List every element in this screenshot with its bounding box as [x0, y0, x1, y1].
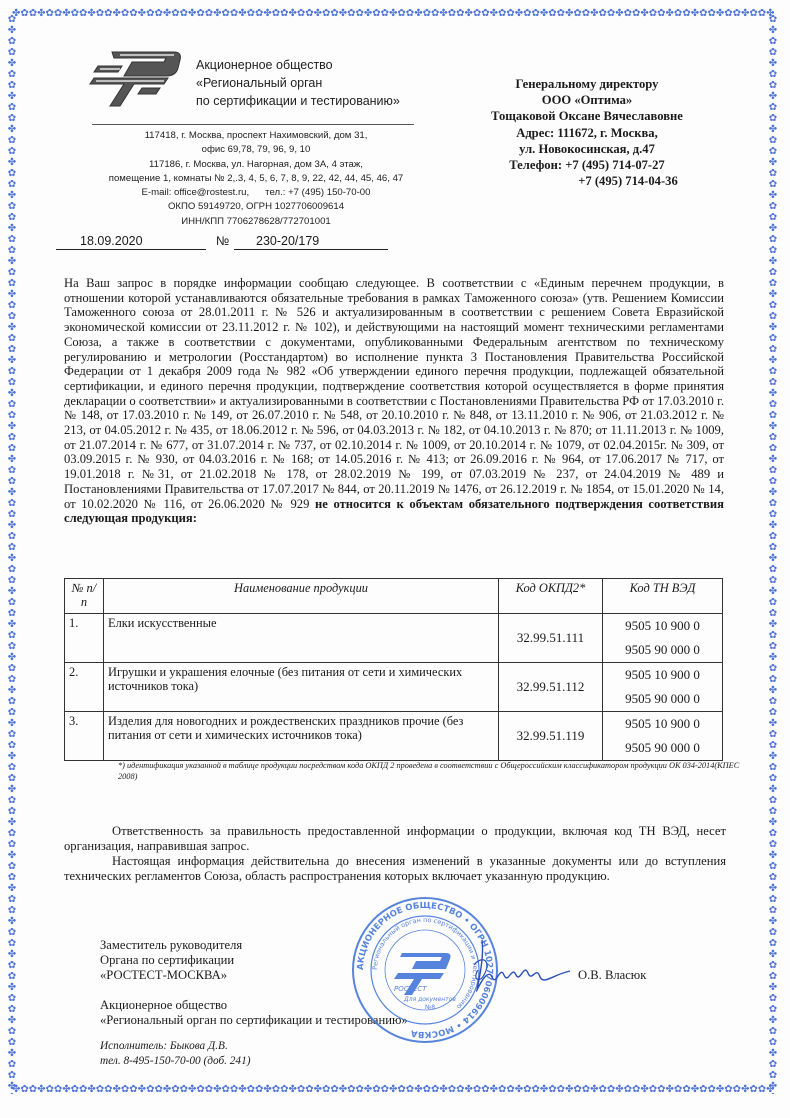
position-line: Органа по сертификации	[100, 953, 242, 968]
number-sign: №	[216, 233, 229, 249]
cell-okpd: 32.99.51.112	[499, 663, 603, 712]
tnved-code: 9505 10 900 0	[603, 663, 722, 687]
recipient-block: Генеральному директору ООО «Оптима» Тоща…	[454, 76, 720, 189]
responsibility-paragraph: Ответственность за правильность предоста…	[64, 824, 726, 854]
cell-product-name: Игрушки и украшения елочные (без питания…	[104, 663, 499, 712]
recipient-line: Адрес: 111672, г. Москва,	[454, 125, 720, 141]
address-line: офис 69,78, 79, 96, 9, 10	[88, 143, 424, 157]
decorative-border-top: ✤✿✿✤✿✿✤✿✿✤✿✿✤✿✿✤✿✿✤✿✿✤✿✿✤✿✿✤✿✿✤✿✿✤✿✿✤✿✿✤…	[12, 8, 774, 20]
inn-kpp-line: ИНН/КПП 7706278628/772701001	[88, 215, 424, 229]
products-table: № п/п Наименование продукции Код ОКПД2* …	[64, 578, 723, 761]
decorative-border-right: ✿✤✿✿✤✿✿✤✿✿✤✿✿✤✿✿✤✿✿✤✿✿✤✿✿✤✿✿✤✿✿✤✿✿✤✿✿✤✿✿…	[767, 14, 779, 1094]
decorative-border-left: ✿✤✿✿✤✿✿✤✿✿✤✿✿✤✿✿✤✿✿✤✿✿✤✿✿✤✿✿✤✿✿✤✿✿✤✿✿✤✿✿…	[6, 14, 18, 1094]
main-paragraph-text: На Ваш запрос в порядке информации сообщ…	[64, 276, 724, 511]
header-okpd: Код ОКПД2*	[499, 579, 603, 614]
svg-text:№8: №8	[425, 1004, 435, 1011]
decorative-border-bottom: ✤✿✿✤✿✿✤✿✿✤✿✿✤✿✿✤✿✿✤✿✿✤✿✿✤✿✿✤✿✿✤✿✿✤✿✿✤✿✿✤…	[12, 1084, 774, 1096]
cell-tnved: 9505 10 900 0 9505 90 000 0	[603, 614, 723, 663]
table-row: 2. Игрушки и украшения елочные (без пита…	[65, 663, 723, 712]
issuer-address-block: 117418, г. Москва, проспект Нахимовский,…	[88, 129, 424, 229]
executor-name: Исполнитель: Быкова Д.В.	[100, 1039, 250, 1054]
position-line: Заместитель руководителя	[100, 938, 242, 953]
position-line: «РОСТЕСТ-МОСКВА»	[100, 968, 242, 983]
recipient-phone: Телефон: +7 (495) 714-07-27	[454, 157, 720, 173]
cell-num: 1.	[65, 614, 104, 663]
main-paragraph: На Ваш запрос в порядке информации сообщ…	[64, 276, 724, 526]
tnved-code: 9505 10 900 0	[603, 712, 722, 736]
org-line: «Региональный орган	[196, 74, 400, 92]
table-footnote: *) идентификация указанной в таблице про…	[118, 761, 758, 782]
issuer-org-name: Акционерное общество «Региональный орган…	[196, 56, 400, 110]
address-line: 117186, г. Москва, ул. Нагорная, дом 3А,…	[88, 158, 424, 172]
recipient-line: Тощаковой Оксане Вячеславовне	[454, 108, 720, 124]
address-line: 117418, г. Москва, проспект Нахимовский,…	[88, 129, 424, 143]
recipient-line: ООО «Оптима»	[454, 92, 720, 108]
svg-text:РОСТЕСТ: РОСТЕСТ	[394, 985, 427, 993]
address-line: помещение 1, комнаты № 2,.3, 4, 5, 6, 7,…	[88, 172, 424, 186]
signatory-position: Заместитель руководителя Органа по серти…	[100, 938, 242, 984]
recipient-line: Генеральному директору	[454, 76, 720, 92]
recipient-phone-2: +7 (495) 714-04-36	[454, 173, 720, 189]
validity-paragraph: Настоящая информация действительна до вн…	[64, 854, 726, 884]
recipient-line: ул. Новокосинская, д.47	[454, 141, 720, 157]
org-line: по сертификации и тестированию»	[196, 92, 400, 110]
closing-paragraphs: Ответственность за правильность предоста…	[64, 824, 726, 884]
cell-okpd: 32.99.51.119	[499, 712, 603, 761]
org-line: Акционерное общество	[196, 56, 400, 74]
table-row: 1. Елки искусственные 32.99.51.111 9505 …	[65, 614, 723, 663]
header-tnved: Код ТН ВЭД	[603, 579, 723, 614]
rostest-logo-icon	[84, 48, 184, 108]
cell-num: 3.	[65, 712, 104, 761]
handwritten-signature-icon	[462, 935, 572, 1005]
cell-product-name: Елки искусственные	[104, 614, 499, 663]
contact-line: E-mail: office@rostest.ru, тел.: +7 (495…	[88, 186, 424, 200]
table-header-row: № п/п Наименование продукции Код ОКПД2* …	[65, 579, 723, 614]
svg-text:Для документов: Для документов	[403, 996, 456, 1003]
table-row: 3. Изделия для новогодних и рождественск…	[65, 712, 723, 761]
header-num: № п/п	[65, 579, 104, 614]
cell-tnved: 9505 10 900 0 9505 90 000 0	[603, 712, 723, 761]
letterhead-divider	[92, 124, 414, 125]
tnved-code: 9505 90 000 0	[603, 638, 722, 662]
header-name: Наименование продукции	[104, 579, 499, 614]
cell-okpd: 32.99.51.111	[499, 614, 603, 663]
executor-phone: тел. 8-495-150-70-00 (доб. 241)	[100, 1054, 250, 1069]
tnved-code: 9505 10 900 0	[603, 614, 722, 638]
tnved-code: 9505 90 000 0	[603, 687, 722, 711]
tnved-code: 9505 90 000 0	[603, 736, 722, 760]
outgoing-number: 230-20/179	[234, 233, 388, 250]
okpo-ogrn-line: ОКПО 59149720, ОГРН 1027706009614	[88, 200, 424, 214]
signer-name: О.В. Власюк	[578, 968, 646, 983]
cell-tnved: 9505 10 900 0 9505 90 000 0	[603, 663, 723, 712]
cell-num: 2.	[65, 663, 104, 712]
cell-product-name: Изделия для новогодних и рождественских …	[104, 712, 499, 761]
outgoing-date: 18.09.2020	[56, 233, 206, 250]
executor-info: Исполнитель: Быкова Д.В. тел. 8-495-150-…	[100, 1039, 250, 1068]
